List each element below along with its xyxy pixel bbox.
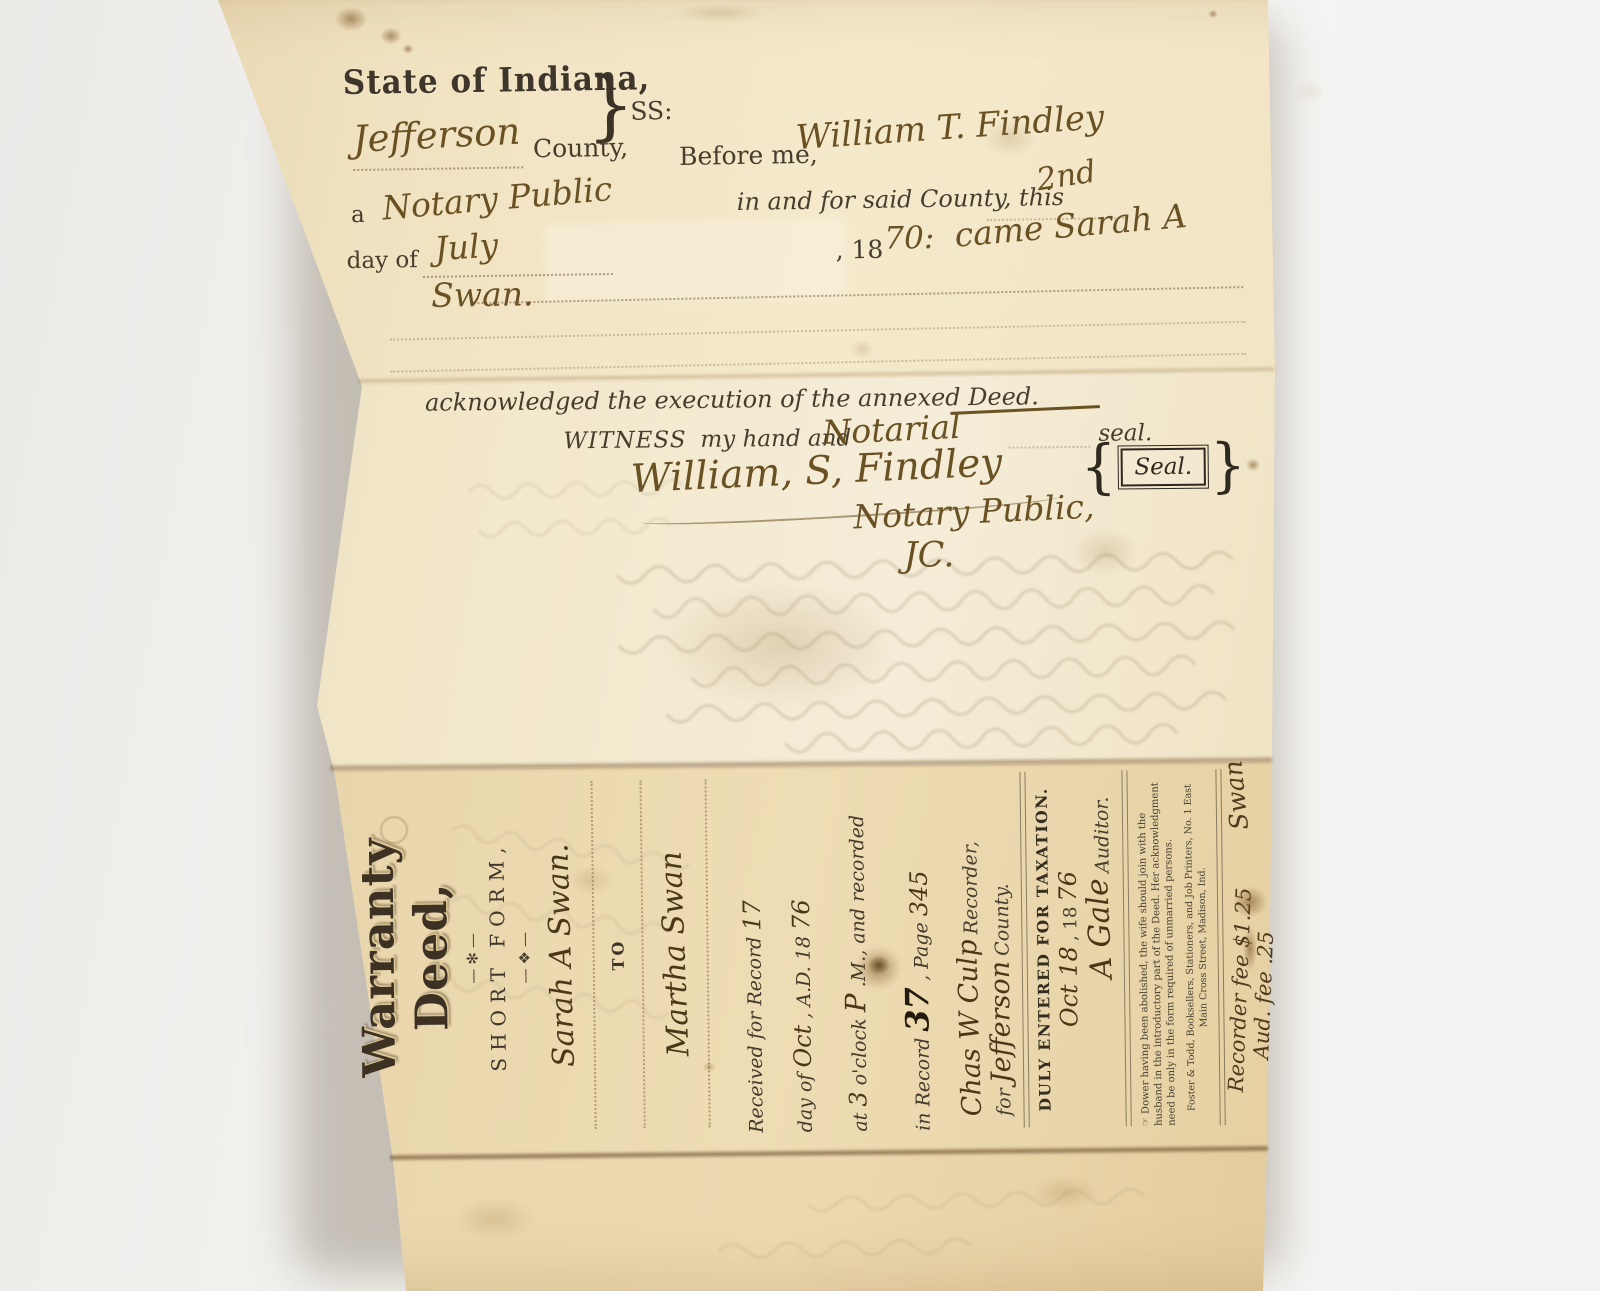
page-number-handwriting: 345 (904, 870, 933, 916)
stain (1290, 76, 1330, 106)
double-rule (1122, 770, 1132, 1126)
recorder-block: Chas W Culp Recorder, for Jefferson Coun… (948, 758, 1019, 1143)
stain (400, 42, 416, 56)
seal-label: Seal. (1120, 448, 1206, 487)
seal-brace-close: } (1210, 437, 1246, 496)
auditor-signature-handwriting: A Gale (1080, 877, 1120, 979)
stain (975, 112, 1045, 164)
ad-year-label: , A.D. 18 (793, 936, 816, 1019)
fee-flourish-handwriting: Swan (1218, 759, 1254, 831)
stain (620, 560, 940, 730)
stain (1020, 1170, 1110, 1216)
faint-circle-stamp (380, 816, 408, 844)
printer-notice-block: ☞ Dower having been abolished, the wife … (1122, 755, 1226, 1140)
double-rule (1020, 772, 1030, 1128)
record-year-handwriting: 76 (787, 899, 815, 930)
stain (660, 0, 780, 26)
day-of-label: day of (794, 1073, 817, 1132)
recorder-label: Recorder, (960, 841, 983, 934)
at-label: at (850, 1113, 872, 1132)
in-record-label: in Record (911, 1037, 934, 1130)
page-label: , Page (910, 922, 933, 981)
recorder-county-handwriting: Jefferson (985, 961, 1017, 1084)
stain (1240, 918, 1260, 980)
bleed-through-writing (413, 810, 746, 1109)
taxation-year-handwriting: 76 (1054, 871, 1082, 902)
witness-caps: WITNESS (563, 427, 686, 454)
stain (700, 1060, 718, 1074)
taxation-heading: DULY ENTERED FOR TAXATION. (1032, 757, 1056, 1141)
stain (1243, 456, 1263, 474)
bleed-through-writing (429, 467, 691, 554)
oclock-label: o'clock (849, 1018, 872, 1085)
recorder-county-label: County. (991, 883, 1014, 956)
record-book-handwriting: 37 (898, 987, 937, 1032)
received-label: Received for Record (743, 937, 767, 1133)
record-month-handwriting: Oct (789, 1025, 818, 1068)
stain (560, 860, 620, 900)
oclock-hour-handwriting: 3 (845, 1091, 873, 1107)
photo-backdrop: State of Indiana, } SS: Jefferson County… (0, 0, 1600, 1291)
stain (845, 336, 879, 362)
auditor-label: Auditor. (1091, 797, 1114, 874)
for-label: for (994, 1088, 1016, 1116)
stain (440, 1190, 550, 1248)
seal-box: { Seal. } (1080, 438, 1246, 496)
dower-notice-text: ☞ Dower having been abolished, the wife … (1134, 756, 1182, 1140)
recorder-signature-handwriting: Chas W Culp (952, 939, 988, 1117)
taxation-date-handwriting: Oct 18 (1055, 946, 1084, 1027)
received-for-record-block: Received for Record 17 day of Oct , A.D.… (720, 759, 952, 1146)
stain (1060, 520, 1150, 584)
taxation-year-prefix: , 18 (1060, 907, 1081, 942)
ink-smear (864, 952, 894, 978)
seal-blank-line (1009, 446, 1091, 449)
stain (1206, 8, 1220, 20)
printer-imprint-text: Foster & Todd, Booksellers, Stationers, … (1181, 755, 1214, 1139)
record-day-handwriting: 17 (738, 900, 766, 931)
taxation-block: DULY ENTERED FOR TAXATION. Oct 18 , 18 7… (1020, 756, 1121, 1141)
notary-public-handwriting: Notary Public, (852, 487, 1095, 537)
stain (328, 2, 374, 36)
